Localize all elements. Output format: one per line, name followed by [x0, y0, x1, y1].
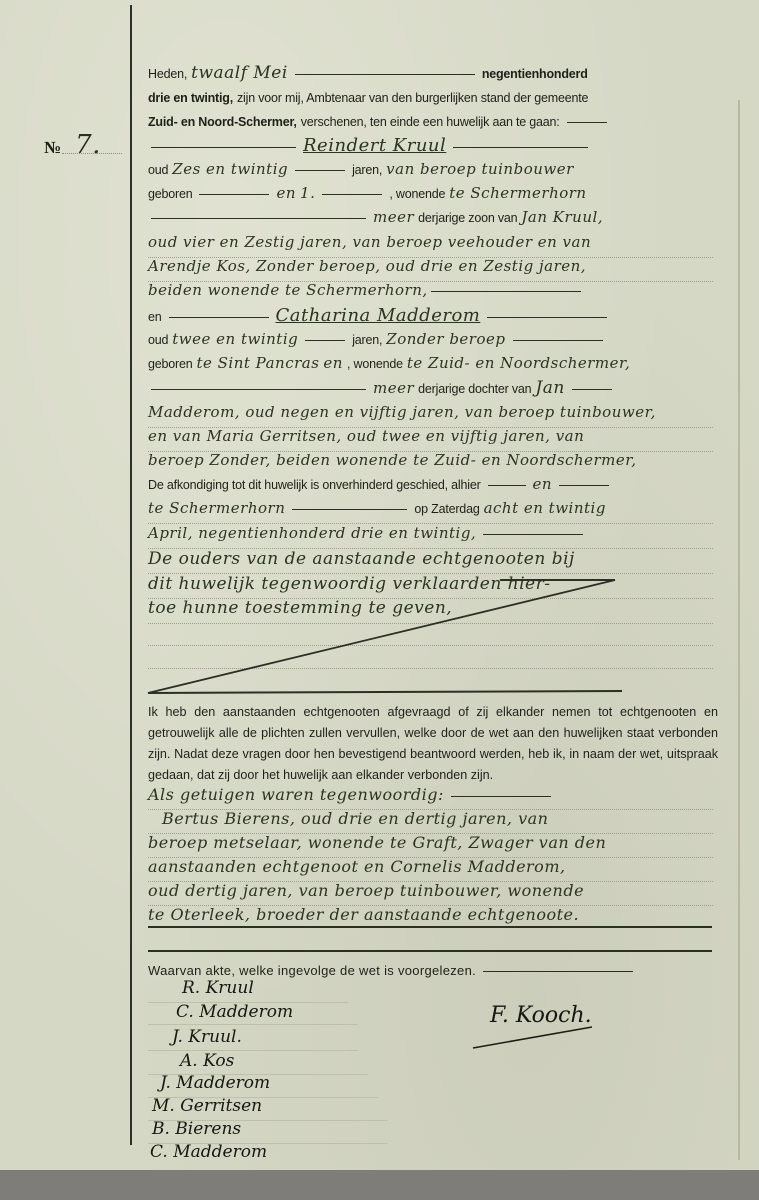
- registrar-flourish: [0, 0, 759, 1200]
- document-page: №7. Heden, twaalf Mei negentienhonderd d…: [0, 0, 759, 1170]
